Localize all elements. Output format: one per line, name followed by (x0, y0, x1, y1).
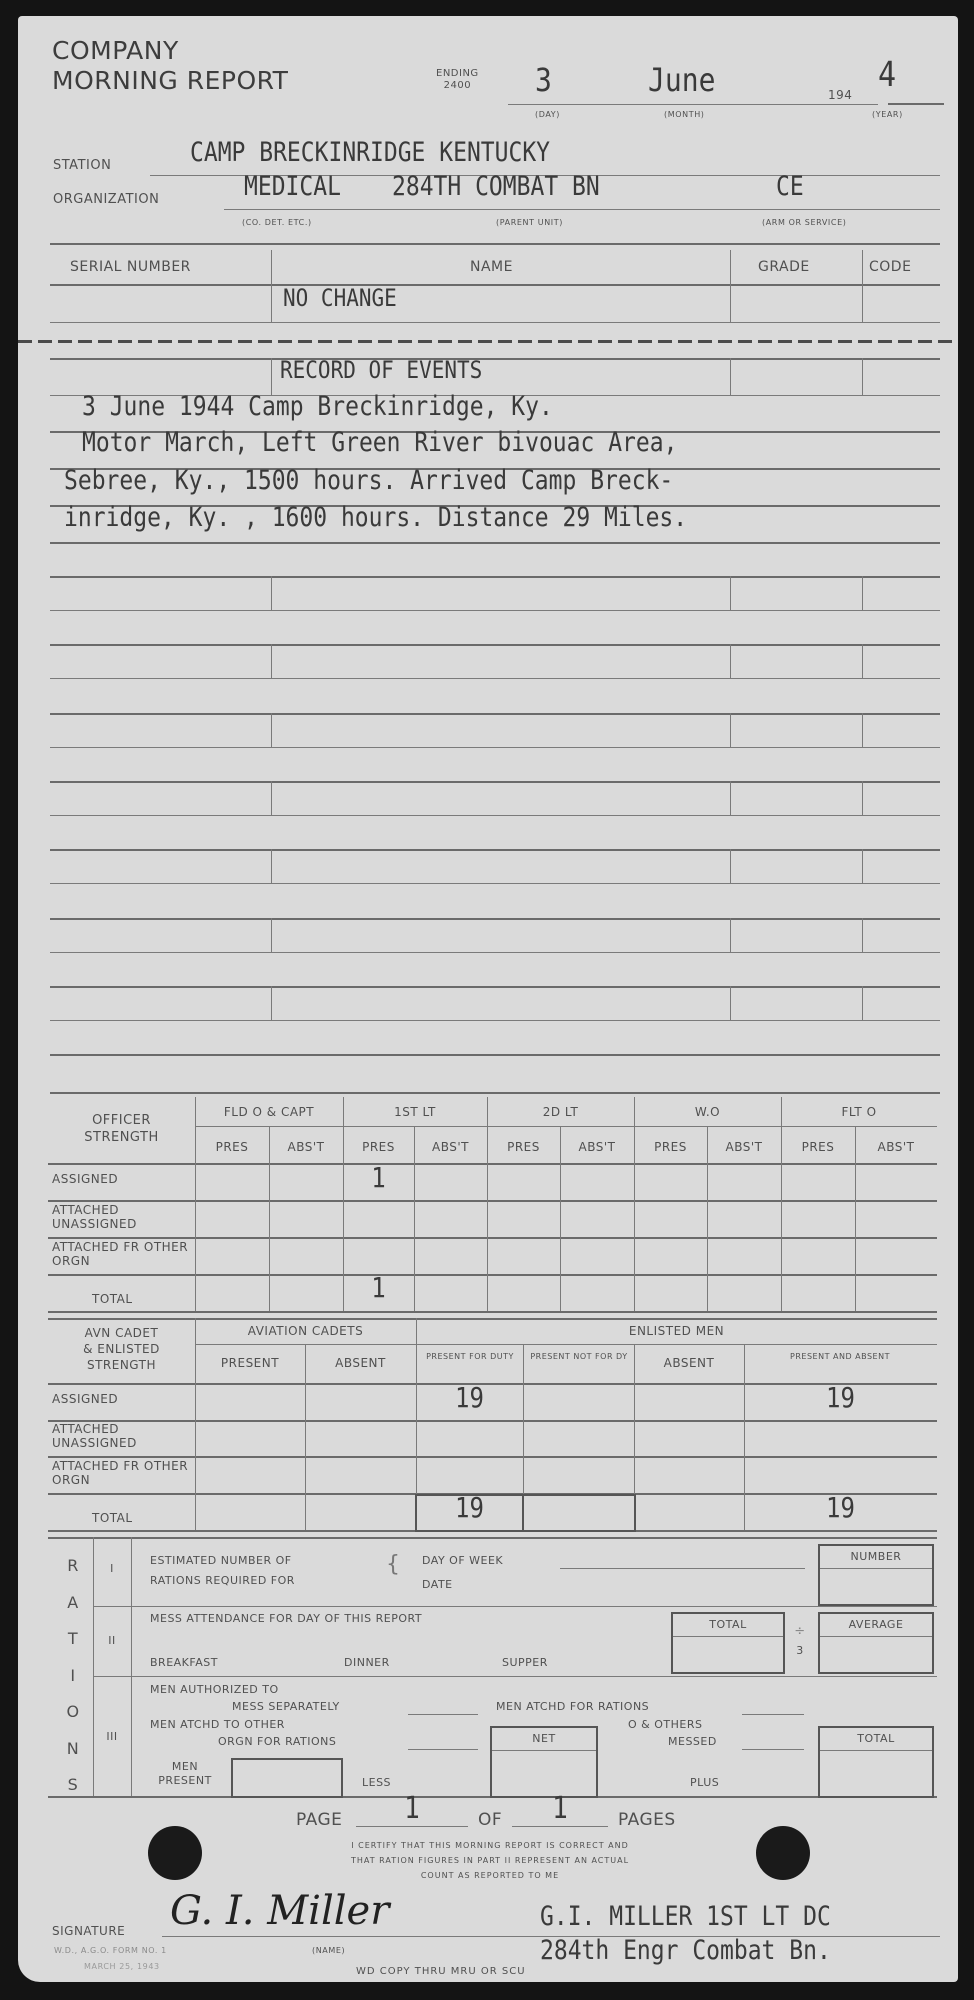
ruled-divider (730, 918, 731, 952)
record-of-events-title: RECORD OF EVENTS (280, 356, 482, 384)
sub-pres: PRES (487, 1140, 560, 1154)
enlisted-col-line (195, 1318, 196, 1530)
header-serial-number: SERIAL NUMBER (70, 259, 191, 275)
ruled-divider (730, 849, 731, 883)
ruled-divider (862, 644, 863, 678)
officer-bottom-rule (48, 1311, 937, 1313)
caption-arm-service: (ARM OR SERVICE) (762, 218, 846, 227)
events-rule (50, 542, 940, 544)
organization-parent-unit[interactable]: 284TH COMBAT BN (392, 172, 600, 202)
o-others-field (742, 1749, 804, 1750)
roster-col-divider (730, 250, 731, 322)
net-label: NET (492, 1732, 596, 1745)
signature-label: SIGNATURE (52, 1924, 125, 1938)
rations-vertical-label: R A T I O N S (58, 1548, 88, 1804)
officer-row-rule (48, 1200, 937, 1202)
enlisted-col-line (305, 1345, 306, 1530)
roster-header-rule (50, 284, 940, 286)
sub-abst: ABS'T (855, 1140, 937, 1154)
ruled-line (50, 1054, 940, 1056)
officer-col-line (560, 1127, 561, 1311)
header-name: NAME (470, 259, 513, 275)
men-present-box[interactable] (231, 1758, 343, 1798)
ruled-divider (862, 986, 863, 1020)
total-present-for-duty[interactable]: 19 (416, 1492, 523, 1524)
dinner-label: DINNER (344, 1656, 390, 1669)
caption-parent-unit: (PARENT UNIT) (496, 218, 563, 227)
row-label-assigned: ASSIGNED (52, 1392, 118, 1406)
officer-col-line (855, 1127, 856, 1311)
pages-label: PAGES (618, 1810, 676, 1830)
breakfast-label: BREAKFAST (150, 1656, 218, 1669)
ruled-divider (271, 576, 272, 610)
row-label-assigned: ASSIGNED (52, 1172, 118, 1186)
rations-total-label: TOTAL (820, 1732, 932, 1745)
ruled-divider (730, 713, 731, 747)
typed-name-grade[interactable]: G.I. MILLER 1ST LT DC (540, 1902, 831, 1932)
year-digit[interactable]: 4 (878, 55, 896, 95)
date-label: DATE (422, 1578, 453, 1591)
ending-text: ENDING (436, 68, 479, 80)
enlisted-top-rule (48, 1318, 937, 1320)
rations-total-rule (820, 1750, 932, 1751)
assigned-present-for-duty[interactable]: 19 (416, 1382, 523, 1414)
day-value[interactable]: 3 (535, 61, 552, 99)
mess-separately-label: MESS SEPARATELY (232, 1700, 340, 1713)
rations-top-rule (48, 1537, 937, 1539)
sub-present: PRESENT (195, 1356, 305, 1370)
mess-total-label: TOTAL (673, 1618, 783, 1631)
assigned-1st-lt-pres[interactable]: 1 (343, 1162, 414, 1194)
ruled-line (50, 644, 940, 646)
ruled-line (50, 1092, 940, 1094)
ruled-line (50, 747, 940, 748)
ruled-divider (730, 644, 731, 678)
header-code: CODE (869, 259, 911, 275)
letter: T (58, 1621, 88, 1658)
divisor-value: 3 (786, 1644, 814, 1657)
station-label: STATION (53, 158, 111, 173)
form-number: W.D., A.G.O. FORM NO. 1 (54, 1946, 167, 1955)
header-grade: GRADE (758, 259, 810, 275)
men-label: MEN (140, 1760, 230, 1774)
group-2d-lt: 2D LT (487, 1105, 634, 1119)
title-line-1: COMPANY (52, 36, 288, 66)
group-wo: W.O (634, 1105, 781, 1119)
ruled-line (50, 849, 940, 851)
sub-abst: ABS'T (707, 1140, 781, 1154)
wd-copy-note: WD COPY THRU MRU OR SCU (356, 1966, 526, 1977)
day-caption: (DAY) (535, 110, 560, 119)
of-label: OF (478, 1810, 502, 1830)
enlisted-group-rule (195, 1344, 937, 1345)
total-pnfd-box (522, 1494, 636, 1532)
total-present-and-absent[interactable]: 19 (744, 1492, 937, 1524)
officer-strength-label: OFFICER STRENGTH (48, 1112, 195, 1146)
enlisted-label-1: AVN CADET (48, 1325, 195, 1341)
section-ii-numeral: II (93, 1634, 131, 1647)
rations-required-label: RATIONS REQUIRED FOR (150, 1574, 295, 1587)
sub-abst: ABS'T (414, 1140, 487, 1154)
ruled-divider (862, 918, 863, 952)
page-total-field (512, 1826, 608, 1827)
orgn-for-rations-label: ORGN FOR RATIONS (218, 1735, 336, 1748)
day-of-week-field (560, 1568, 805, 1569)
brace-icon: { (386, 1552, 401, 1577)
station-value[interactable]: CAMP BRECKINRIDGE KENTUCKY (190, 138, 550, 168)
sub-abst: ABS'T (560, 1140, 634, 1154)
certification-text: I CERTIFY THAT THIS MORNING REPORT IS CO… (250, 1838, 730, 1883)
year-prefix: 194 (828, 88, 852, 102)
divide-icon: ÷ (786, 1624, 814, 1639)
plus-label: PLUS (690, 1776, 719, 1789)
letter: R (58, 1548, 88, 1585)
ruled-divider (730, 781, 731, 815)
page-number[interactable]: 1 (356, 1792, 468, 1827)
event-line-3[interactable]: Sebree, Ky., 1500 hours. Arrived Camp Br… (64, 466, 673, 496)
net-rule (492, 1750, 596, 1751)
officer-col-line (707, 1127, 708, 1311)
sub-abst: ABS'T (269, 1140, 343, 1154)
form-title: COMPANY MORNING REPORT (52, 36, 288, 96)
ending-label: ENDING 2400 (436, 68, 479, 92)
officer-group-rule (195, 1126, 937, 1127)
ruled-divider (862, 781, 863, 815)
sub-present-for-duty: PRESENT FOR DUTY (420, 1350, 520, 1364)
letter: I (58, 1658, 88, 1695)
roster-bottom-rule (50, 322, 940, 323)
form-date: MARCH 25, 1943 (84, 1962, 160, 1971)
officer-col-line (487, 1097, 488, 1311)
row-label-total: TOTAL (92, 1511, 133, 1525)
ending-time: 2400 (436, 80, 479, 92)
year-caption: (YEAR) (872, 110, 903, 119)
men-authorized-label: MEN AUTHORIZED TO (150, 1683, 279, 1696)
certify-line-2: THAT RATION FIGURES IN PART II REPRESENT… (250, 1853, 730, 1868)
sub-pres: PRES (195, 1140, 269, 1154)
supper-label: SUPPER (502, 1656, 548, 1669)
mess-total-rule (673, 1636, 783, 1637)
section-iii-numeral: III (93, 1730, 131, 1743)
total-1st-lt-pres[interactable]: 1 (343, 1272, 414, 1304)
punch-hole-right (756, 1826, 810, 1880)
title-line-2: MORNING REPORT (52, 66, 288, 96)
event-line-4[interactable]: inridge, Ky. , 1600 hours. Distance 29 M… (64, 503, 687, 533)
events-rule (50, 358, 940, 360)
men-atchd-for-rations-label: MEN ATCHD FOR RATIONS (496, 1700, 649, 1713)
sub-present-and-absent: PRESENT AND ABSENT (790, 1350, 890, 1364)
ruled-line (50, 952, 940, 953)
row-label-total: TOTAL (92, 1292, 133, 1306)
sub-pres: PRES (634, 1140, 707, 1154)
organization-unit[interactable]: MEDICAL (244, 172, 341, 202)
ruled-line (50, 610, 940, 611)
rations-section-rule (93, 1606, 937, 1607)
organization-label: ORGANIZATION (53, 192, 159, 207)
year-underline (888, 103, 944, 105)
row-label-attached-unassigned: ATTACHED UNASSIGNED (52, 1422, 192, 1450)
men-present-label: MEN PRESENT (140, 1760, 230, 1788)
present-label: PRESENT (140, 1774, 230, 1788)
ruled-divider (862, 576, 863, 610)
number-label: NUMBER (820, 1550, 932, 1563)
month-value[interactable]: June (648, 61, 715, 99)
caption-co-det: (CO. DET. ETC.) (242, 218, 312, 227)
rations-numeral-col (131, 1537, 132, 1796)
page-num-field (356, 1826, 468, 1827)
officer-header-rule (48, 1163, 937, 1165)
mess-separately-field (408, 1714, 478, 1715)
orgn-for-rations-field (408, 1749, 478, 1750)
number-box-rule (820, 1568, 932, 1569)
officer-col-line (414, 1127, 415, 1311)
letter: S (58, 1767, 88, 1804)
event-line-1[interactable]: 3 June 1944 Camp Breckinridge, Ky. (82, 392, 553, 422)
enlisted-label-2: & ENLISTED (48, 1341, 195, 1357)
certify-line-3: COUNT AS REPORTED TO ME (250, 1868, 730, 1883)
group-flt-o: FLT O (781, 1105, 937, 1119)
estimated-number-label: ESTIMATED NUMBER OF (150, 1554, 292, 1567)
ruled-line (50, 883, 940, 884)
events-col-divider (271, 358, 272, 395)
sub-absent: ABSENT (305, 1356, 416, 1370)
enlisted-strength-label: AVN CADET & ENLISTED STRENGTH (48, 1325, 195, 1373)
typed-unit[interactable]: 284th Engr Combat Bn. (540, 1936, 831, 1966)
roster-top-rule (50, 243, 940, 245)
day-of-week-label: DAY OF WEEK (422, 1554, 503, 1567)
month-caption: (MONTH) (664, 110, 705, 119)
roster-col-divider (862, 250, 863, 322)
date-underline (508, 104, 878, 105)
officer-col-line (269, 1127, 270, 1311)
group-enlisted-men: ENLISTED MEN (416, 1324, 937, 1338)
ruled-divider (271, 644, 272, 678)
page-label: PAGE (296, 1810, 342, 1830)
ruled-divider (271, 849, 272, 883)
enlisted-row-rule (48, 1456, 937, 1458)
officer-col-line (195, 1097, 196, 1311)
ruled-line (50, 713, 940, 715)
mess-attendance-label: MESS ATTENDANCE FOR DAY OF THIS REPORT (150, 1612, 422, 1625)
name-caption: (NAME) (312, 1946, 345, 1955)
ruled-divider (271, 781, 272, 815)
ruled-line (50, 1020, 940, 1021)
officer-label-1: OFFICER (48, 1112, 195, 1129)
organization-underline (224, 209, 940, 210)
letter: A (58, 1585, 88, 1622)
ruled-line (50, 986, 940, 988)
o-others-label: O & OTHERS (628, 1718, 702, 1731)
less-label: LESS (362, 1776, 391, 1789)
average-rule (820, 1636, 932, 1637)
row-label-attached-unassigned: ATTACHED UNASSIGNED (52, 1203, 192, 1231)
ruled-line (50, 815, 940, 816)
perforation-line (18, 340, 958, 343)
roster-entry-no-change[interactable]: NO CHANGE (283, 284, 397, 312)
letter: N (58, 1731, 88, 1768)
officer-col-line (781, 1097, 782, 1311)
certify-line-1: I CERTIFY THAT THIS MORNING REPORT IS CO… (250, 1838, 730, 1853)
messed-label: MESSED (668, 1735, 717, 1748)
assigned-present-and-absent[interactable]: 19 (744, 1382, 937, 1414)
handwritten-signature[interactable]: G. I. Miller (170, 1888, 389, 1934)
ruled-divider (862, 713, 863, 747)
sub-pres: PRES (781, 1140, 855, 1154)
average-label: AVERAGE (820, 1618, 932, 1631)
officer-label-2: STRENGTH (48, 1129, 195, 1146)
ruled-divider (862, 849, 863, 883)
sub-absent-enlisted: ABSENT (634, 1356, 744, 1370)
rations-section-rule (93, 1676, 937, 1677)
organization-arm[interactable]: CE (776, 172, 804, 202)
group-fld-o-capt: FLD O & CAPT (195, 1105, 343, 1119)
enlisted-label-3: STRENGTH (48, 1357, 195, 1373)
section-i-numeral: I (93, 1562, 131, 1575)
ruled-divider (271, 918, 272, 952)
men-atchd-for-rations-field (742, 1714, 804, 1715)
events-col-divider (862, 358, 863, 395)
ruled-line (50, 576, 940, 578)
ruled-divider (271, 986, 272, 1020)
ruled-divider (730, 986, 731, 1020)
sub-pres: PRES (343, 1140, 414, 1154)
ruled-divider (271, 713, 272, 747)
men-atchd-other-label: MEN ATCHD TO OTHER (150, 1718, 285, 1731)
group-aviation-cadets: AVIATION CADETS (195, 1324, 416, 1338)
ruled-line (50, 678, 940, 679)
letter: O (58, 1694, 88, 1731)
events-col-divider (730, 358, 731, 395)
group-1st-lt: 1ST LT (343, 1105, 487, 1119)
officer-col-line (634, 1097, 635, 1311)
punch-hole-left (148, 1826, 202, 1880)
ruled-line (50, 918, 940, 920)
row-label-attached-fr-other: ATTACHED FR OTHER ORGN (52, 1240, 192, 1268)
officer-row-rule (48, 1274, 937, 1276)
ruled-line (50, 781, 940, 783)
ruled-divider (730, 576, 731, 610)
rations-letter-col (93, 1537, 94, 1796)
sub-present-not-for-duty: PRESENT NOT FOR DY (527, 1350, 631, 1364)
page-total[interactable]: 1 (512, 1792, 608, 1827)
roster-col-divider (271, 250, 272, 322)
row-label-attached-fr-other: ATTACHED FR OTHER ORGN (52, 1459, 192, 1487)
event-line-2[interactable]: Motor March, Left Green River bivouac Ar… (82, 428, 677, 458)
officer-row-rule (48, 1237, 937, 1239)
